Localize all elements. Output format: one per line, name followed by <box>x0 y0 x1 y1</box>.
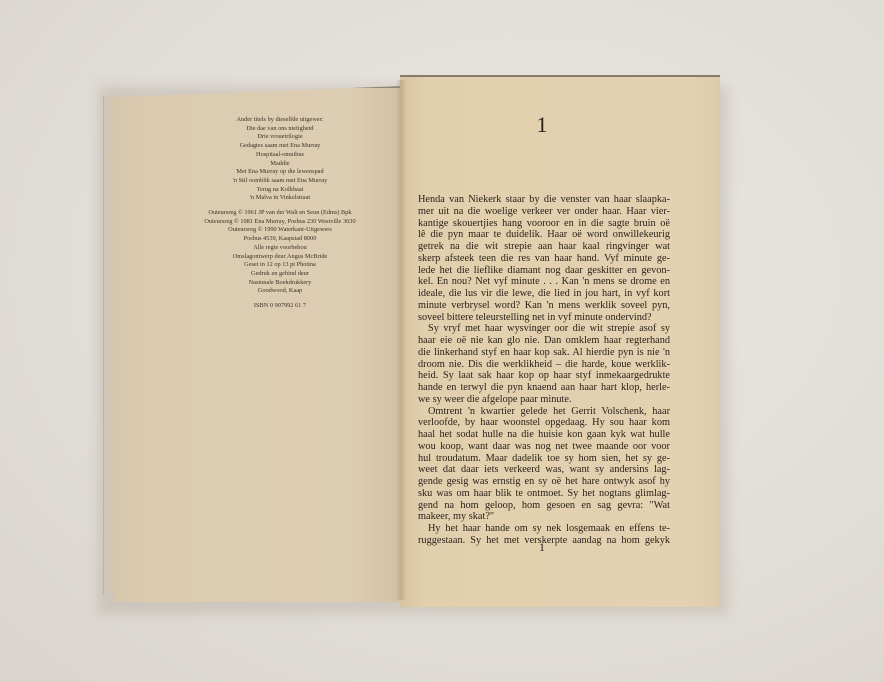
text-line: gend na hom geloop, hom gesoen en sag ge… <box>418 500 670 512</box>
imprint-line: Hospitaal-omnibus <box>170 151 390 160</box>
text-line: lê die pyn maar te duidelik. Haar oë wor… <box>418 229 670 241</box>
text-line: minute verbrysel word? Kan 'n mens werkl… <box>418 300 670 312</box>
text-line: getrek na die wit strepie aan haar kaal … <box>418 241 670 253</box>
text-line: Hy het haar hande om sy nek losgemaak en… <box>418 523 670 535</box>
text-line: haar eie oë nie kan glo nie. Dan omklem … <box>418 335 670 347</box>
text-line: hul troudatum. Maar dadelik toe sy hom s… <box>418 453 670 465</box>
text-line: gende gesig was ernstig en sy oë het har… <box>418 476 670 488</box>
imprint-page-text: Ander titels by dieselfde uitgewer:Die d… <box>170 116 390 317</box>
text-line: haal het sodat hulle na die huisie kon g… <box>418 429 670 441</box>
imprint-line: Drie vrouetrilogie <box>170 133 390 142</box>
text-line: sku was om haar blik te ontmoet. Sy het … <box>418 488 670 500</box>
imprint-line: Nasionale Boekdrukkery <box>170 279 390 288</box>
text-line: Omtrent 'n kwartier gelede het Gerrit Vo… <box>418 406 670 418</box>
text-line: weet dat daar iets verkeerd was, want sy… <box>418 464 670 476</box>
imprint-line: Outeursreg © 1981 Ena Murray, Posbus 230… <box>170 218 390 227</box>
imprint-block: Ander titels by dieselfde uitgewer:Die d… <box>170 116 390 203</box>
text-line: we sy weer die afgelope paar minute. <box>418 394 670 406</box>
imprint-line: Met Ena Murray op die lewenspad <box>170 168 390 177</box>
text-line: kantige skouertjies hang vooroor en in d… <box>418 218 670 230</box>
imprint-line: Die dae van ons nietigheid <box>170 125 390 134</box>
text-line: lede het die lieflike diamant nog daar g… <box>418 265 670 277</box>
text-line: skerp afsteek teen die res van haar hand… <box>418 253 670 265</box>
imprint-line: Gedagtes saam met Ena Murray <box>170 142 390 151</box>
imprint-line: Gedruk en gebind deur <box>170 270 390 279</box>
page-number: 1 <box>400 540 684 555</box>
text-line: die linkerhand styf en haar kop sak. Al … <box>418 347 670 359</box>
imprint-line: Goodwood, Kaap <box>170 287 390 296</box>
text-line: heid. Sy laat sak haar kop op haar styf … <box>418 370 670 382</box>
imprint-line: 'n Malva in Vinkelstraat <box>170 194 390 203</box>
imprint-line: Posbus 4539, Kaapstad 8000 <box>170 235 390 244</box>
text-line: Sy vryf met haar wysvinger oor die wit s… <box>418 323 670 335</box>
chapter-number: 1 <box>400 112 684 138</box>
text-line: mer uit na die woelige verkeer ver onder… <box>418 206 670 218</box>
text-line: verloofde, by haar woonstel opgedaag. Hy… <box>418 417 670 429</box>
book-gutter <box>396 80 406 600</box>
text-line: makeer, my skat?" <box>418 511 670 523</box>
text-line: wou koop, want daar was nog net twee maa… <box>418 441 670 453</box>
chapter-body-text: Henda van Niekerk staar by die venster v… <box>418 194 670 547</box>
imprint-block: ISBN 0 907992 61 7 <box>170 302 390 311</box>
imprint-line: Omslagontwerp deur Angus McBride <box>170 253 390 262</box>
imprint-block: Outeursreg © 1961 JP van der Walt en Seu… <box>170 209 390 296</box>
imprint-line: Geset in 12 op 13 pt Photina <box>170 261 390 270</box>
imprint-line: Ander titels by dieselfde uitgewer: <box>170 116 390 125</box>
text-line: soveel bittere teleurstelling net in vyf… <box>418 312 670 324</box>
text-line: hande en terwyl die pyn knaend aan haar … <box>418 382 670 394</box>
imprint-line: Terug na Kolkbaai <box>170 186 390 195</box>
imprint-line: Outeursreg © 1961 JP van der Walt en Seu… <box>170 209 390 218</box>
imprint-line: Alle regte voorbehou <box>170 244 390 253</box>
imprint-line: Outeursreg © 1990 Waterkant-Uitgewers <box>170 226 390 235</box>
imprint-line: ISBN 0 907992 61 7 <box>170 302 390 311</box>
text-line: Henda van Niekerk staar by die venster v… <box>418 194 670 206</box>
text-line: droom nie. Dis die werklikheid – die har… <box>418 359 670 371</box>
imprint-line: 'n Stil oomblik saam met Ena Murray <box>170 177 390 186</box>
text-line: ideale, die lus vir die lewe, die lied i… <box>418 288 670 300</box>
imprint-line: Maddie <box>170 160 390 169</box>
text-line: kel. En nou? Net vyf minute . . . Kan 'n… <box>418 276 670 288</box>
